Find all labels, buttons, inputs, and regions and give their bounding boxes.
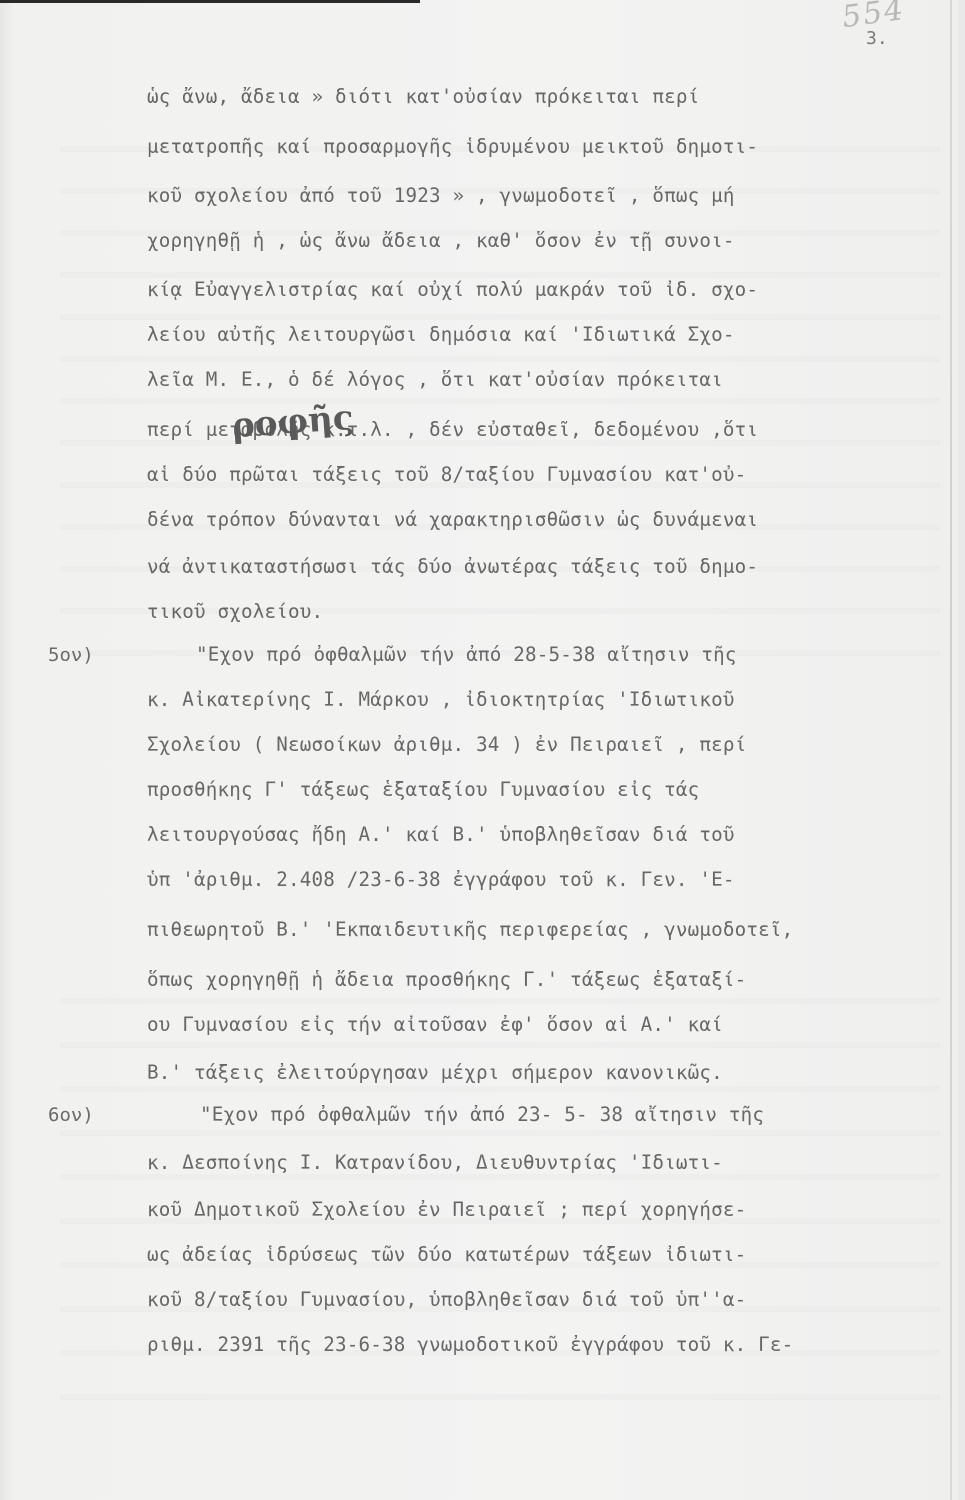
text-line: ως ἀδείας ἱδρύσεως τῶν δύο κατωτέρων τάξ…	[147, 1243, 746, 1267]
handwritten-correction: ροφῆς	[231, 398, 355, 446]
page-edge	[950, 0, 952, 1500]
page-number: 3.	[866, 28, 888, 49]
text-line: "Εχον πρό ὀφθαλμῶν τήν ἀπό 28-5-38 αἴτησ…	[196, 643, 737, 667]
text-line: αἱ δύο πρῶται τάξεις τοῦ 8/ταξίου Γυμνασ…	[147, 463, 746, 487]
text-line: Σχολείου ( Νεωσοίκων ἀριθμ. 34 ) ἐν Πειρ…	[147, 733, 746, 757]
text-line: κ. Δεσποίνης Ι. Κατρανίδου, Διευθυντρίας…	[147, 1151, 723, 1175]
text-line: "Εχον πρό ὀφθαλμῶν τήν ἀπό 23- 5- 38 αἴτ…	[200, 1103, 764, 1127]
item-label-5: 5ον)	[48, 643, 94, 667]
text-line: κ. Αἰκατερίνης Ι. Μάρκου , ἰδιοκτητρίας …	[147, 688, 735, 712]
text-line: ὅπως χορηγηθῇ ἡ ἄδεια προσθήκης Γ.' τάξε…	[147, 968, 746, 992]
scan-border	[0, 0, 420, 3]
text-line: ὑπ 'ἀριθμ. 2.408 /23-6-38 ἐγγράφου τοῦ κ…	[147, 868, 735, 892]
text-line: Β.' τάξεις ἐλειτούργησαν μέχρι σήμερον κ…	[147, 1061, 723, 1085]
text-line: λεῖα Μ. Ε., ὁ δέ λόγος , ὅτι κατ'οὐσίαν …	[147, 368, 723, 392]
text-line: δένα τρόπον δύνανται νά χαρακτηρισθῶσιν …	[147, 508, 758, 532]
text-line: λειτουργούσας ἤδη Α.' καί Β.' ὑποβληθεῖσ…	[147, 823, 735, 847]
page-edge-shadow	[958, 0, 965, 1500]
text-line: τικοῦ σχολείου.	[147, 600, 323, 624]
item-label-6: 6ον)	[48, 1103, 94, 1127]
text-line: ὡς ἄνω, ἄδεια » διότι κατ'οὐσίαν πρόκειτ…	[147, 85, 699, 109]
text-line: πιθεωρητοῦ Β.' 'Εκπαιδευτικῆς περιφερεία…	[147, 918, 793, 942]
text-line: προσθήκης Γ' τάξεως ἑξαταξίου Γυμνασίου …	[147, 778, 699, 802]
text-line: κίᾳ Εὐαγγελιστρίας καί οὐχί πολύ μακράν …	[147, 278, 758, 302]
scanned-page: 554 3. ὡς ἄνω, ἄδεια » διότι κατ'οὐσίαν …	[0, 0, 965, 1500]
text-line: μετατροπῆς καί προσαρμογῆς ἱδρυμένου μει…	[147, 135, 758, 159]
text-line: ριθμ. 2391 τῆς 23-6-38 γνωμοδοτικοῦ ἐγγρ…	[147, 1333, 793, 1357]
text-line: νά ἀντικαταστήσωσι τάς δύο ἀνωτέρας τάξε…	[147, 555, 758, 579]
text-line: κοῦ 8/ταξίου Γυμνασίου, ὑποβληθεῖσαν διά…	[147, 1288, 746, 1312]
text-line: λείου αὐτῆς λειτουργῶσι δημόσια καί 'Ιδι…	[147, 323, 735, 347]
text-line: κοῦ Δημοτικοῦ Σχολείου ἐν Πειραιεῖ ; περ…	[147, 1198, 746, 1222]
text-line: χορηγηθῇ ἡ , ὡς ἄνω ἄδεια , καθ' ὅσον ἐν…	[147, 229, 735, 253]
text-line: κοῦ σχολείου ἀπό τοῦ 1923 » , γνωμοδοτεῖ…	[147, 184, 735, 208]
text-line: ου Γυμνασίου εἰς τήν αἰτοῦσαν ἐφ' ὅσον α…	[147, 1013, 723, 1037]
